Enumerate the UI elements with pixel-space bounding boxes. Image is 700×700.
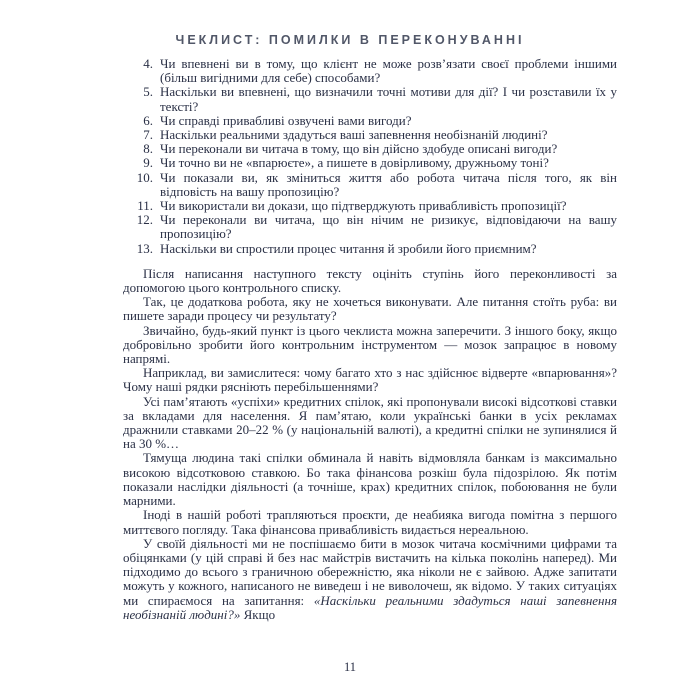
list-item-text: Чи справді привабливі озвучені вами виго…: [160, 114, 617, 128]
list-item-text: Наскільки ви впевнені, що визначили точн…: [160, 85, 617, 113]
list-item-number: 6.: [123, 114, 160, 128]
list-item-number: 5.: [123, 85, 160, 99]
list-item-text: Чи впевнені ви в тому, що клієнт не може…: [160, 57, 617, 85]
list-item-text: Чи точно ви не «впарюєте», а пишете в до…: [160, 156, 617, 170]
checklist: 4. Чи впевнені ви в тому, що клієнт не м…: [123, 57, 617, 256]
list-item-text: Чи переконали ви читача в тому, що він д…: [160, 142, 617, 156]
paragraph: Так, це додаткова робота, яку не хочетьс…: [123, 295, 617, 323]
list-item: 12. Чи переконали ви читача, що він нічи…: [123, 213, 617, 241]
list-item-number: 7.: [123, 128, 160, 142]
list-item: 5. Наскільки ви впевнені, що визначили т…: [123, 85, 617, 113]
page-number: 11: [0, 660, 700, 675]
list-item-number: 4.: [123, 57, 160, 71]
list-item-number: 9.: [123, 156, 160, 170]
page-header-title: ЧЕКЛИСТ: ПОМИЛКИ В ПЕРЕКОНУВАННІ: [0, 33, 700, 47]
paragraph: Наприклад, ви замислитеся: чому багато х…: [123, 366, 617, 394]
list-item-text: Чи переконали ви читача, що він нічим не…: [160, 213, 617, 241]
paragraph: Після написання наступного тексту оцініт…: [123, 267, 617, 295]
list-item-text: Наскільки реальними здадуться ваші запев…: [160, 128, 617, 142]
list-item: 11. Чи використали ви докази, що підтвер…: [123, 199, 617, 213]
body-paragraphs: Після написання наступного тексту оцініт…: [123, 267, 617, 622]
list-item: 7. Наскільки реальними здадуться ваші за…: [123, 128, 617, 142]
paragraph: Іноді в нашій роботі трапляються проєкти…: [123, 508, 617, 536]
final-paragraph-tail: Якщо: [240, 607, 275, 622]
page-content: 4. Чи впевнені ви в тому, що клієнт не м…: [123, 57, 617, 622]
list-item-number: 8.: [123, 142, 160, 156]
list-item-number: 10.: [123, 171, 160, 185]
list-item-text: Чи показали ви, як зміниться життя або р…: [160, 171, 617, 199]
paragraph: Тямуща людина такі спілки обминала й нав…: [123, 451, 617, 508]
list-item-number: 12.: [123, 213, 160, 227]
list-item: 8. Чи переконали ви читача в тому, що ві…: [123, 142, 617, 156]
list-item: 13. Наскільки ви спростили процес читанн…: [123, 242, 617, 256]
list-item: 6. Чи справді привабливі озвучені вами в…: [123, 114, 617, 128]
list-item: 10. Чи показали ви, як зміниться життя а…: [123, 171, 617, 199]
paragraph: Усі пам’ятають «успіхи» кредитних спілок…: [123, 395, 617, 452]
list-item-text: Чи використали ви докази, що підтверджую…: [160, 199, 617, 213]
list-item-number: 13.: [123, 242, 160, 256]
paragraph: Звичайно, будь-який пункт із цього чекли…: [123, 324, 617, 367]
list-item: 4. Чи впевнені ви в тому, що клієнт не м…: [123, 57, 617, 85]
final-paragraph: У своїй діяльності ми не поспішаємо бити…: [123, 537, 617, 622]
list-item-text: Наскільки ви спростили процес читання й …: [160, 242, 617, 256]
book-page: ЧЕКЛИСТ: ПОМИЛКИ В ПЕРЕКОНУВАННІ 4. Чи в…: [0, 0, 700, 700]
list-item-number: 11.: [123, 199, 160, 213]
list-item: 9. Чи точно ви не «впарюєте», а пишете в…: [123, 156, 617, 170]
